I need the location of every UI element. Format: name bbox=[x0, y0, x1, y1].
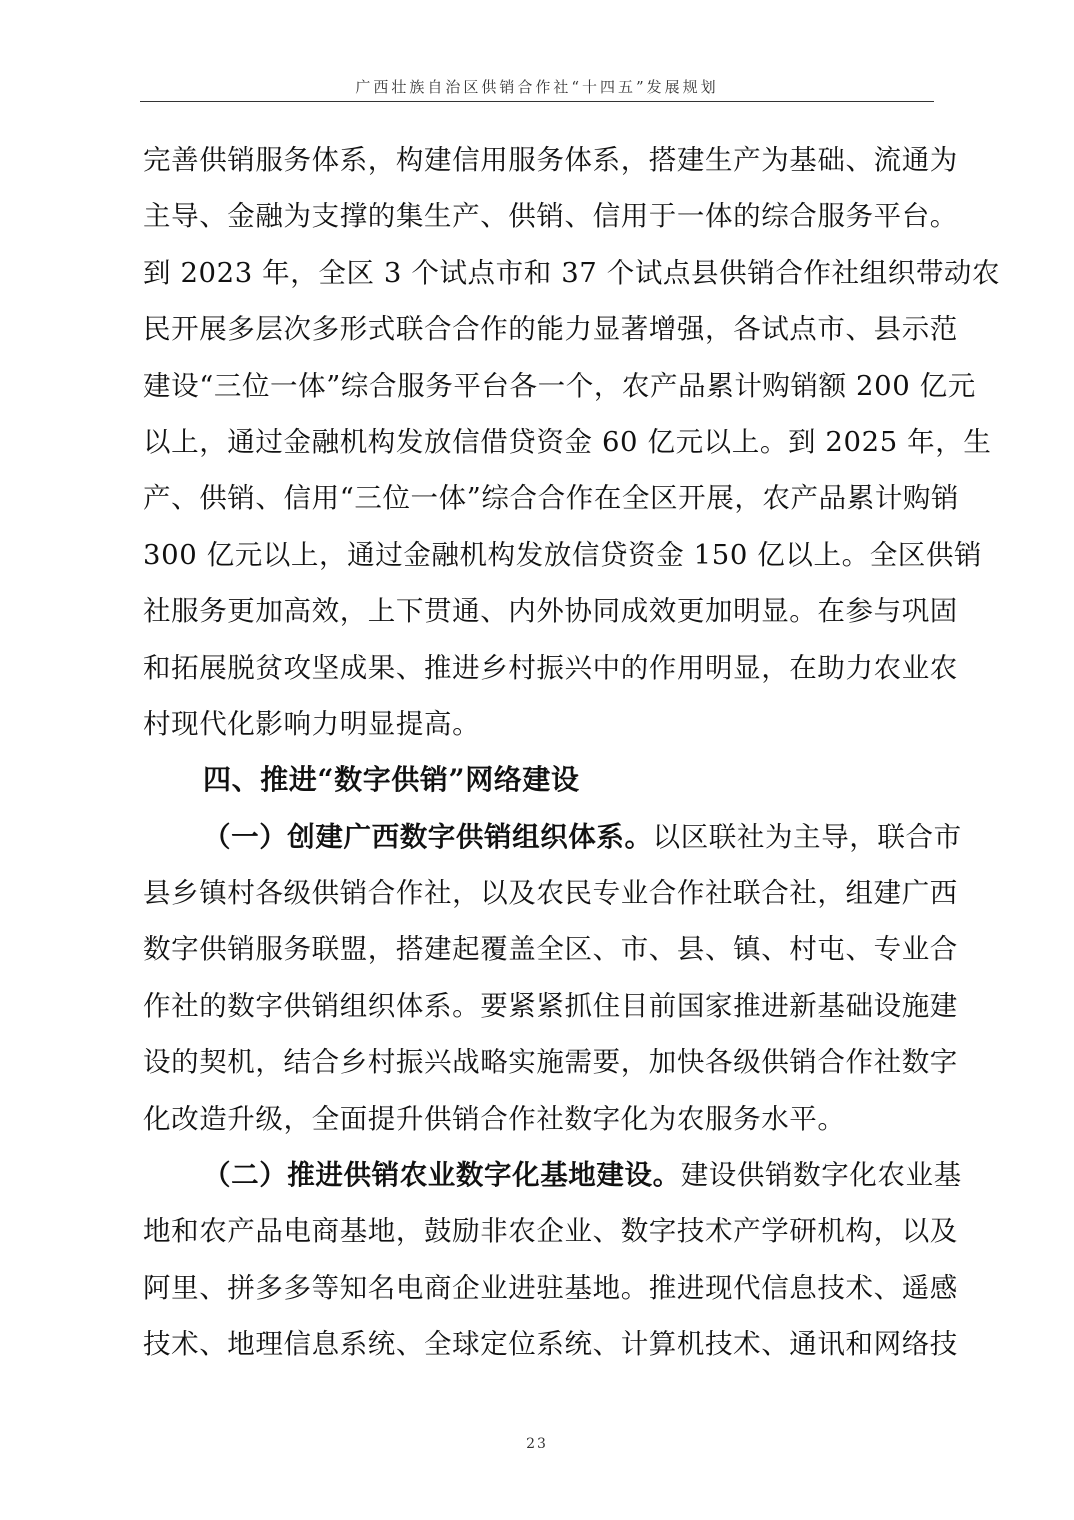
text-line-lead: （一）创建广西数字供销组织体系。以区联社为主导，联合市 bbox=[143, 809, 933, 865]
text-line: 和拓展脱贫攻坚成果、推进乡村振兴中的作用明显，在助力农业农 bbox=[143, 640, 933, 696]
page-number: 23 bbox=[0, 1436, 1074, 1452]
section-heading: 四、推进“数字供销”网络建设 bbox=[143, 752, 933, 808]
text-line: 村现代化影响力明显提高。 bbox=[143, 696, 933, 752]
text-line-lead: （二）推进供销农业数字化基地建设。建设供销数字化农业基 bbox=[143, 1147, 933, 1203]
text-run: 建设供销数字化农业基 bbox=[681, 1159, 962, 1191]
text-line: 设的契机，结合乡村振兴战略实施需要，加快各级供销合作社数字 bbox=[143, 1034, 933, 1090]
text-line: 社服务更加高效，上下贯通、内外协同成效更加明显。在参与巩固 bbox=[143, 583, 933, 639]
text-line: 300 亿元以上，通过金融机构发放信贷资金 150 亿以上。全区供销 bbox=[143, 527, 933, 583]
text-line: 地和农产品电商基地，鼓励非农企业、数字技术产学研机构，以及 bbox=[143, 1203, 933, 1259]
text-line: 主导、金融为支撑的集生产、供销、信用于一体的综合服务平台。 bbox=[143, 188, 933, 244]
text-line: 化改造升级，全面提升供销合作社数字化为农服务水平。 bbox=[143, 1091, 933, 1147]
text-line: 县乡镇村各级供销合作社，以及农民专业合作社联合社，组建广西 bbox=[143, 865, 933, 921]
text-line: 完善供销服务体系，构建信用服务体系，搭建生产为基础、流通为 bbox=[143, 132, 933, 188]
subsection-title: （二）推进供销农业数字化基地建设。 bbox=[203, 1159, 681, 1191]
document-body: 完善供销服务体系，构建信用服务体系，搭建生产为基础、流通为 主导、金融为支撑的集… bbox=[143, 132, 933, 1373]
text-line: 建设“三位一体”综合服务平台各一个，农产品累计购销额 200 亿元 bbox=[143, 358, 933, 414]
paragraph-targets: 完善供销服务体系，构建信用服务体系，搭建生产为基础、流通为 主导、金融为支撑的集… bbox=[143, 132, 933, 752]
text-line: 民开展多层次多形式联合合作的能力显著增强，各试点市、县示范 bbox=[143, 301, 933, 357]
text-line: 阿里、拼多多等知名电商企业进驻基地。推进现代信息技术、遥感 bbox=[143, 1260, 933, 1316]
text-line: 产、供销、信用“三位一体”综合合作在全区开展，农产品累计购销 bbox=[143, 470, 933, 526]
header-divider bbox=[140, 101, 934, 102]
running-header: 广西壮族自治区供销合作社“十四五”发展规划 bbox=[140, 76, 934, 97]
text-line: 作社的数字供销组织体系。要紧紧抓住目前国家推进新基础设施建 bbox=[143, 978, 933, 1034]
text-line: 到 2023 年，全区 3 个试点市和 37 个试点县供销合作社组织带动农 bbox=[143, 245, 933, 301]
paragraph-digital-base: （二）推进供销农业数字化基地建设。建设供销数字化农业基 地和农产品电商基地，鼓励… bbox=[143, 1147, 933, 1373]
text-run: 以区联社为主导，联合市 bbox=[653, 821, 962, 853]
text-line: 以上，通过金融机构发放信借贷资金 60 亿元以上。到 2025 年，生 bbox=[143, 414, 933, 470]
text-line: 数字供销服务联盟，搭建起覆盖全区、市、县、镇、村屯、专业合 bbox=[143, 921, 933, 977]
paragraph-org-system: （一）创建广西数字供销组织体系。以区联社为主导，联合市 县乡镇村各级供销合作社，… bbox=[143, 809, 933, 1147]
subsection-title: （一）创建广西数字供销组织体系。 bbox=[203, 821, 653, 853]
text-line: 技术、地理信息系统、全球定位系统、计算机技术、通讯和网络技 bbox=[143, 1316, 933, 1372]
